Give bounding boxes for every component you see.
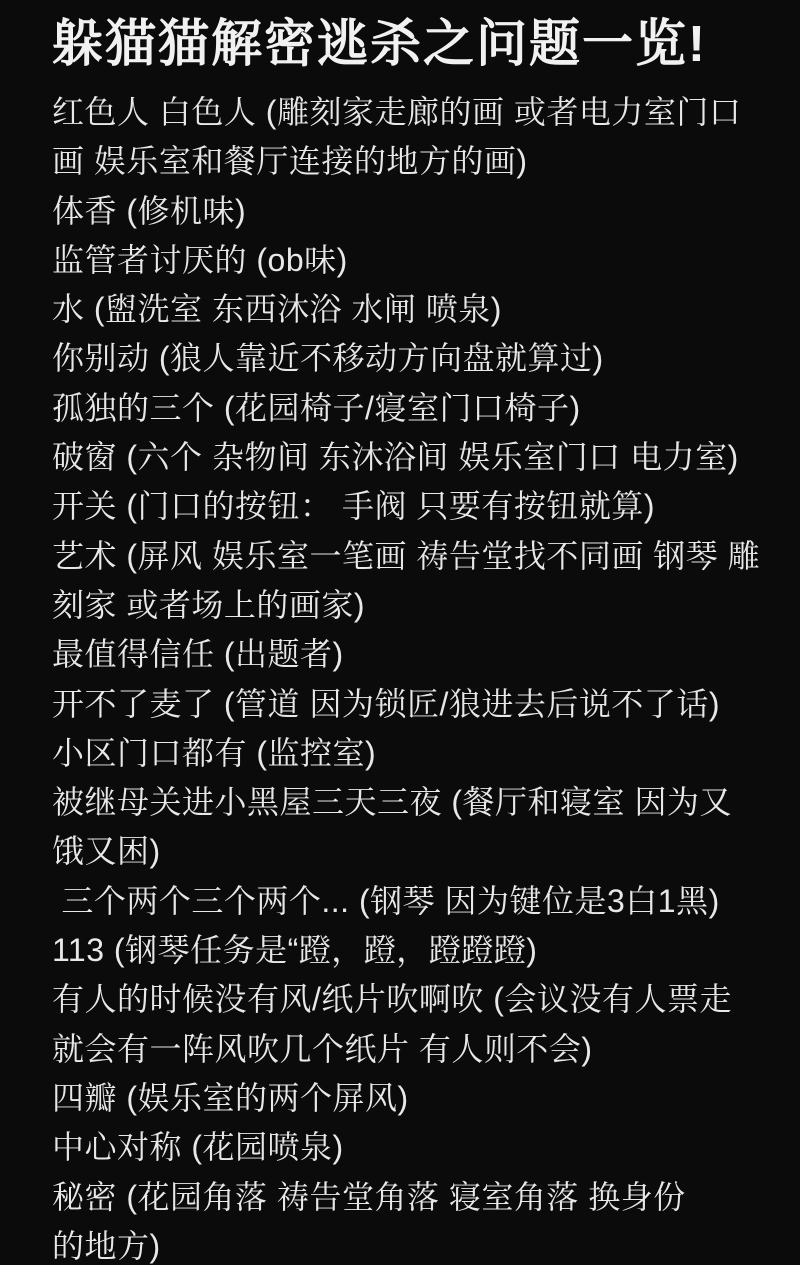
text-line: 开关 (门口的按钮： 手阀 只要有按钮就算) [52, 482, 766, 531]
text-line: 有人的时候没有风/纸片吹啊吹 (会议没有人票走 [52, 975, 766, 1024]
text-line: 的地方) [52, 1222, 766, 1265]
text-line: 刻家 或者场上的画家) [52, 581, 766, 630]
text-line: 饿又困) [52, 827, 766, 876]
text-line: 最值得信任 (出题者) [52, 630, 766, 679]
text-line: 四瓣 (娱乐室的两个屏风) [52, 1074, 766, 1123]
note-page: 躲猫猫解密逃杀之问题一览! 红色人 白色人 (雕刻家走廊的画 或者电力室门口画 … [0, 0, 800, 1265]
text-line: 监管者讨厌的 (ob味) [52, 236, 766, 285]
text-line: 红色人 白色人 (雕刻家走廊的画 或者电力室门口 [52, 88, 766, 137]
text-line: 小区门口都有 (监控室) [52, 729, 766, 778]
text-line: 被继母关进小黑屋三天三夜 (餐厅和寝室 因为又 [52, 778, 766, 827]
page-title: 躲猫猫解密逃杀之问题一览! [52, 13, 766, 75]
text-line: 三个两个三个两个... (钢琴 因为键位是3白1黑) [52, 877, 766, 926]
text-line: 你别动 (狼人靠近不移动方向盘就算过) [52, 334, 766, 383]
text-line: 体香 (修机味) [52, 187, 766, 236]
text-line: 中心对称 (花园喷泉) [52, 1123, 766, 1172]
text-line: 就会有一阵风吹几个纸片 有人则不会) [52, 1025, 766, 1074]
text-line: 113 (钢琴任务是“蹬，蹬，蹬蹬蹬) [52, 926, 766, 975]
text-line: 水 (盥洗室 东西沐浴 水闸 喷泉) [52, 285, 766, 334]
text-line: 艺术 (屏风 娱乐室一笔画 祷告堂找不同画 钢琴 雕 [52, 532, 766, 581]
text-line: 开不了麦了 (管道 因为锁匠/狼进去后说不了话) [52, 680, 766, 729]
text-line: 破窗 (六个 杂物间 东沐浴间 娱乐室门口 电力室) [52, 433, 766, 482]
text-line: 孤独的三个 (花园椅子/寝室门口椅子) [52, 384, 766, 433]
text-line: 秘密 (花园角落 祷告堂角落 寝室角落 换身份 [52, 1173, 766, 1222]
text-line: 画 娱乐室和餐厅连接的地方的画) [52, 137, 766, 186]
lines-container: 红色人 白色人 (雕刻家走廊的画 或者电力室门口画 娱乐室和餐厅连接的地方的画)… [52, 88, 766, 1265]
